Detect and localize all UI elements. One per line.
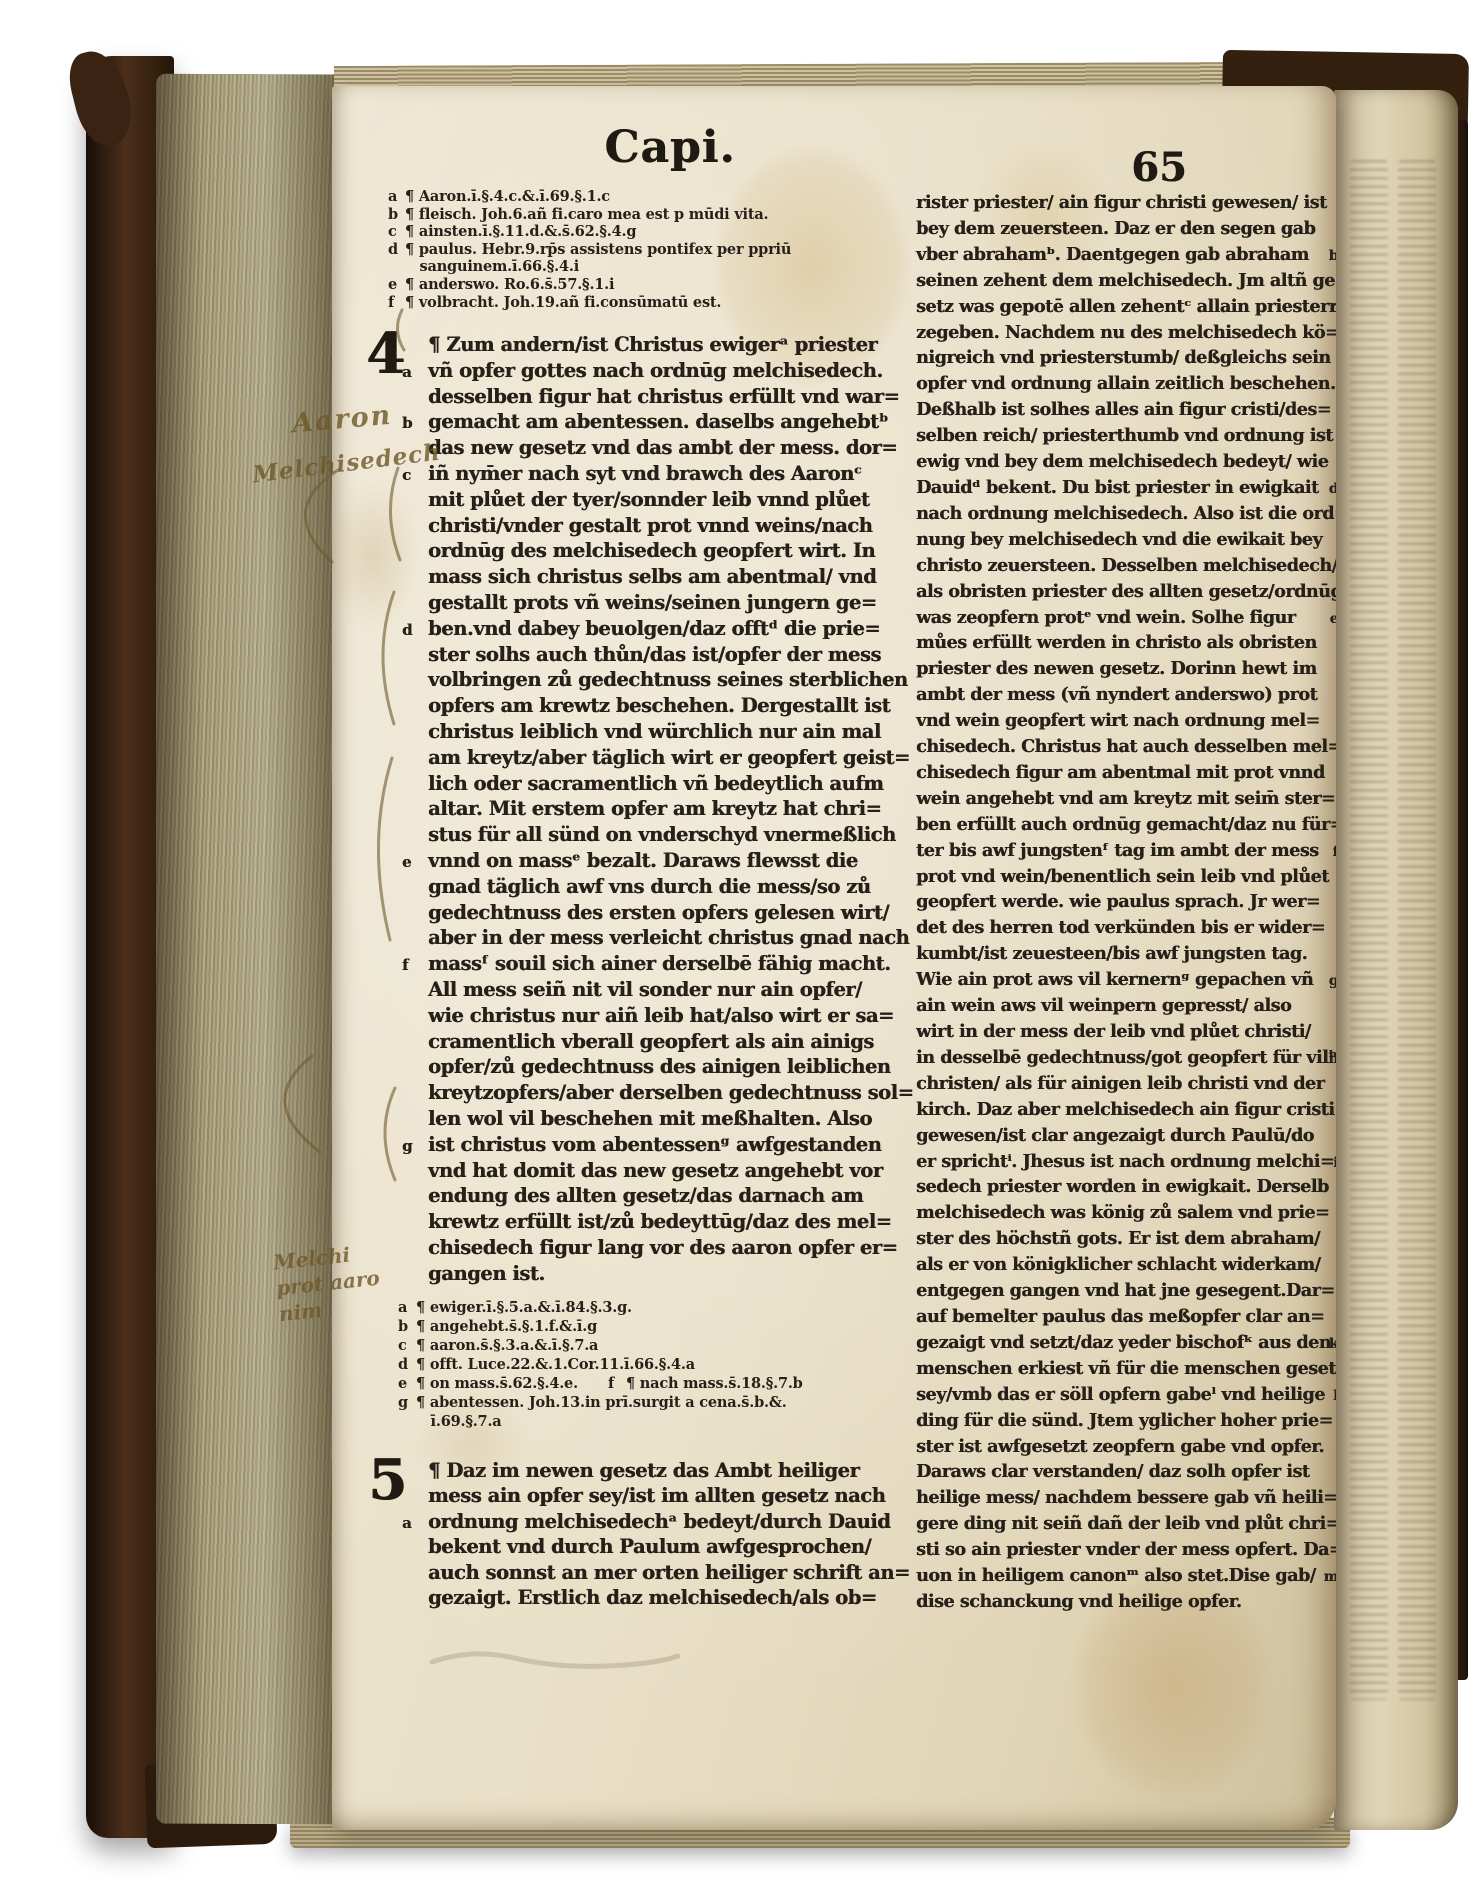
reference-note-line: e¶ anderswo. Ro.6.s̄.57.§.1.i: [388, 276, 791, 294]
text-line: wie christus nur aiñ leib hat/also wirt …: [428, 1003, 880, 1029]
line-text: melchisedech was könig zů salem vnd prie…: [916, 1202, 1329, 1223]
text-line: desselben figur hat christus erfüllt vnd…: [428, 384, 880, 410]
margin-letter: f: [402, 953, 408, 979]
note-text: sanguinem.ī.66.§.4.i: [405, 258, 579, 275]
text-line: wein angehebt vnd am kreytz mit seim̄ st…: [916, 786, 1320, 812]
line-text: setz was gepotē allen zehentᶜ allain pri…: [916, 296, 1336, 317]
line-text: ben.vnd dabey beuolgen/daz offtᵈ die pri…: [428, 617, 880, 640]
line-text: uon in heiligem canonᵐ also stet.Dise ga…: [916, 1565, 1316, 1586]
line-text: entgegen gangen vnd hat jne gesegent.Dar…: [916, 1280, 1335, 1301]
footnote-line: c¶ aaron.s̄.§.3.a.&.ī.§.7.a: [398, 1336, 835, 1355]
text-line: ciñ nym̄er nach syt vnd brawch des Aaron…: [428, 461, 880, 487]
text-line: rister priester/ ain figur christi gewes…: [916, 190, 1320, 216]
text-line: wirt in der mess der leib vnd plůet chri…: [916, 1019, 1320, 1045]
footnote-letter: b: [398, 1317, 416, 1336]
text-line: er sprichtⁱ. Jhesus ist nach ordnung mel…: [916, 1149, 1320, 1175]
text-line: Wie ain prot aws vil kernernᵍ gepachen v…: [916, 967, 1320, 993]
text-line: selben reich/ priesterthumb vnd ordnung …: [916, 423, 1320, 449]
margin-letter: f: [1332, 840, 1336, 866]
line-text: ordnūg des melchisedech geopfert wirt. I…: [428, 539, 875, 562]
text-line: als obristen priester des allten gesetz/…: [916, 579, 1320, 605]
text-line: sedech priester worden in ewigkait. Ders…: [916, 1174, 1320, 1200]
line-text: mess ain opfer sey/ist im allten gesetz …: [428, 1484, 885, 1507]
text-line: in desselbē gedechtnuss/got geopfert für…: [916, 1045, 1320, 1071]
line-text: ain wein aws vil weinpern gepresst/ also: [916, 995, 1291, 1016]
text-line: ordnūg des melchisedech geopfert wirt. I…: [428, 538, 880, 564]
line-text: gemacht am abentessen. daselbs angehebtᵇ: [428, 410, 888, 433]
line-text: ben erfüllt auch ordnūg gemacht/daz nu f…: [916, 814, 1336, 835]
line-text: endung des allten gesetz/das darnach am: [428, 1184, 863, 1207]
line-text: geopfert werde. wie paulus sprach. Jr we…: [916, 891, 1320, 912]
text-line: seinen zehent dem melchisedech. Jm altñ …: [916, 268, 1320, 294]
footnote-line: g¶ abentessen. Joh.13.in prī.surgit a ce…: [398, 1393, 835, 1412]
margin-letter: a: [402, 1511, 411, 1536]
line-text: massᶠ souil sich ainer derselbē fähig ma…: [428, 952, 890, 975]
line-text: gezaigt. Erstlich daz melchisedech/als o…: [428, 1586, 877, 1609]
line-text: chisedech figur lang vor des aaron opfer…: [428, 1236, 897, 1259]
text-line: als er von königklicher schlacht widerka…: [916, 1252, 1320, 1278]
text-line: endung des allten gesetz/das darnach am: [428, 1183, 880, 1209]
note-letter: a: [388, 188, 405, 206]
text-line: kumbt/ist zeuesteen/bis awf jungsten tag…: [916, 941, 1320, 967]
text-line: ¶ Daz im newen gesetz das Ambt heiliger: [428, 1458, 880, 1483]
line-text: mass sich christus selbs am abentmal/ vn…: [428, 565, 876, 588]
note-letter: f: [388, 294, 405, 312]
text-line: kirch. Daz aber melchisedech ain figur c…: [916, 1097, 1320, 1123]
line-text: Wie ain prot aws vil kernernᵍ gepachen v…: [916, 969, 1313, 990]
line-text: vnd wein geopfert wirt nach ordnung mel=: [916, 710, 1320, 731]
note-letter: e: [388, 276, 405, 294]
line-text: ordnung melchisedechᵃ bedeyt/durch Dauid: [428, 1510, 890, 1533]
footnote-text: ī.69.§.7.a: [416, 1413, 502, 1430]
text-line: gist christus vom abentessenᵍ awfgestand…: [428, 1132, 880, 1158]
text-line: chisedech. Christus hat auch desselben m…: [916, 734, 1320, 760]
facing-page-blurred-text: [1350, 160, 1388, 1700]
line-text: chisedech figur am abentmal mit prot vnn…: [916, 762, 1325, 783]
text-line: vnd wein geopfert wirt nach ordnung mel=: [916, 708, 1320, 734]
text-line: aordnung melchisedechᵃ bedeyt/durch Daui…: [428, 1509, 880, 1534]
line-text: zegeben. Nachdem nu des melchisedech kö=: [916, 322, 1336, 343]
text-line: ter bis awf jungstenᶠ tag im ambt der me…: [916, 838, 1320, 864]
line-text: gedechtnuss des ersten opfers gelesen wi…: [428, 901, 889, 924]
text-line: ding für die sünd. Jtem yglicher hoher p…: [916, 1408, 1320, 1434]
line-text: mit plůet der tyer/sonnder leib vnnd plů…: [428, 488, 869, 511]
text-line: Dauidᵈ bekent. Du bist priester in ewigk…: [916, 475, 1320, 501]
text-line: was zeopfern protᵉ vnd wein. Solhe figur…: [916, 605, 1320, 631]
note-letter: c: [388, 223, 405, 241]
note-text: ¶ Aaron.ī.§.4.c.&.ī.69.§.1.c: [405, 188, 610, 205]
text-line: christo zeuersteen. Desselben melchisede…: [916, 553, 1320, 579]
text-line: am kreytz/aber täglich wirt er geopfert …: [428, 745, 880, 771]
line-text: prot vnd wein/benentlich sein leib vnd p…: [916, 866, 1329, 887]
left-column-section-4: ¶ Zum andern/ist Christus ewigerᵃ priest…: [428, 332, 880, 1286]
text-line: opfer vnd ordnung allain zeitlich besche…: [916, 371, 1320, 397]
line-text: auch sonnst an mer orten heiliger schrif…: [428, 1561, 910, 1584]
text-line: ain wein aws vil weinpern gepresst/ also: [916, 993, 1320, 1019]
footnote-line: a¶ ewiger.ī.§.5.a.&.ī.84.§.3.g.: [398, 1298, 835, 1317]
footnote-letter: c: [398, 1336, 416, 1355]
line-text: kreytzopfers/aber derselben gedechtnuss …: [428, 1081, 913, 1104]
line-text: menschen erkiest vñ für die menschen ges…: [916, 1358, 1336, 1379]
line-text: als er von königklicher schlacht widerka…: [916, 1254, 1320, 1275]
section-number-5: 5: [368, 1452, 407, 1508]
line-text: nung bey melchisedech vnd die ewikait be…: [916, 529, 1322, 550]
text-line: melchisedech was könig zů salem vnd prie…: [916, 1200, 1320, 1226]
reference-note-line: a¶ Aaron.ī.§.4.c.&.ī.69.§.1.c: [388, 188, 791, 206]
text-line: nung bey melchisedech vnd die ewikait be…: [916, 527, 1320, 553]
text-line: zegeben. Nachdem nu des melchisedech kö=: [916, 320, 1320, 346]
margin-letter: h: [1328, 1047, 1336, 1073]
text-line: setz was gepotē allen zehentᶜ allain pri…: [916, 294, 1320, 320]
margin-letter: k: [1329, 1332, 1336, 1358]
text-line: menschen erkiest vñ für die menschen ges…: [916, 1356, 1320, 1382]
line-text: gnad täglich awf vns durch die mess/so z…: [428, 875, 871, 898]
footnote-text: ¶ abentessen. Joh.13.in prī.surgit a cen…: [416, 1394, 787, 1411]
text-line: můes erfüllt werden in christo als obris…: [916, 630, 1320, 656]
text-line: christus leiblich vnd würchlich nur ain …: [428, 719, 880, 745]
line-text: gangen ist.: [428, 1262, 545, 1285]
margin-letter: e: [402, 850, 411, 876]
margin-letter: a: [402, 360, 411, 386]
line-text: kirch. Daz aber melchisedech ain figur c…: [916, 1099, 1335, 1120]
text-line: kreytzopfers/aber derselben gedechtnuss …: [428, 1080, 880, 1106]
text-line: dben.vnd dabey beuolgen/daz offtᵈ die pr…: [428, 616, 880, 642]
text-line: nigreich vnd priesterstumb/ deßgleichs s…: [916, 345, 1320, 371]
reference-note-line: f¶ volbracht. Joh.19.añ fi.consūmatū est…: [388, 294, 791, 312]
footnote-letter: a: [398, 1298, 416, 1317]
book-page: Capi. 65 a¶ Aaron.ī.§.4.c.&.ī.69.§.1.c b…: [332, 86, 1336, 1830]
text-line: mit plůet der tyer/sonnder leib vnnd plů…: [428, 487, 880, 513]
text-line: christen/ als für ainigen leib christi v…: [916, 1071, 1320, 1097]
line-text: ist christus vom abentessenᵍ awfgestande…: [428, 1133, 881, 1156]
line-text: am kreytz/aber täglich wirt er geopfert …: [428, 746, 910, 769]
footnote-line: b¶ angehebt.s̄.§.1.f.&.ī.g: [398, 1317, 835, 1336]
line-text: ter bis awf jungstenᶠ tag im ambt der me…: [916, 840, 1319, 861]
line-text: nach ordnung melchisedech. Also ist die …: [916, 503, 1336, 524]
margin-letter: d: [1329, 477, 1336, 503]
footnote-letter: d: [398, 1355, 416, 1374]
footnote-text: ¶ nach mass.s̄.18.§.7.b: [626, 1375, 803, 1392]
text-line: bekent vnd durch Paulum awfgesprochen/: [428, 1534, 880, 1559]
footnote-letter: f: [608, 1374, 626, 1393]
line-text: rister priester/ ain figur christi gewes…: [916, 192, 1327, 213]
text-line: priester des newen gesetz. Dorinn hewt i…: [916, 656, 1320, 682]
text-line: mess ain opfer sey/ist im allten gesetz …: [428, 1483, 880, 1508]
text-line: chisedech figur lang vor des aaron opfer…: [428, 1235, 880, 1261]
text-line: gnad täglich awf vns durch die mess/so z…: [428, 874, 880, 900]
left-column-section-5: ¶ Daz im newen gesetz das Ambt heiliger …: [428, 1458, 880, 1610]
text-line: ¶ Zum andern/ist Christus ewigerᵃ priest…: [428, 332, 880, 358]
margin-letter: m: [1324, 1565, 1336, 1591]
footnote-text: ¶ on mass.s̄.62.§.4.e.: [416, 1375, 578, 1392]
margin-letter: b: [402, 411, 412, 437]
text-line: krewtz erfüllt ist/zů bedeyttūg/daz des …: [428, 1209, 880, 1235]
margin-letter: i: [1333, 1151, 1336, 1177]
text-line: stus für all sünd on vnderschyd vnermeßl…: [428, 822, 880, 848]
note-text: ¶ ainsten.ī.§.11.d.&.s̄.62.§.4.g: [405, 223, 636, 240]
line-text: wirt in der mess der leib vnd plůet chri…: [916, 1021, 1311, 1042]
line-text: sedech priester worden in ewigkait. Ders…: [916, 1176, 1329, 1197]
text-line: auf bemelter paulus das meßopfer clar an…: [916, 1304, 1320, 1330]
footnote-text: ¶ ewiger.ī.§.5.a.&.ī.84.§.3.g.: [416, 1299, 632, 1316]
footnote-letter: g: [398, 1393, 416, 1412]
page-stain: [332, 446, 442, 666]
line-text: sey/vmb das er söll opfern gabeˡ vnd hei…: [916, 1384, 1325, 1405]
line-text: priester des newen gesetz. Dorinn hewt i…: [916, 658, 1317, 679]
text-line: vnd hat domit das new gesetz angehebt vo…: [428, 1158, 880, 1184]
book-photo: Capi. 65 a¶ Aaron.ī.§.4.c.&.ī.69.§.1.c b…: [0, 0, 1481, 1890]
note-text: ¶ fleisch. Joh.6.añ fi.caro mea est p mū…: [405, 206, 768, 223]
text-line: Daraws clar verstanden/ daz solh opfer i…: [916, 1459, 1320, 1485]
line-text: můes erfüllt werden in christo als obris…: [916, 632, 1317, 653]
line-text: ster ist awfgesetzt zeopfern gabe vnd op…: [916, 1436, 1324, 1457]
line-text: ster des höchstñ gots. Er ist dem abraha…: [916, 1228, 1320, 1249]
line-text: gestallt prots vñ weins/seinen jungern g…: [428, 591, 877, 614]
line-text: opfer/zů gedechtnuss des ainigen leiblic…: [428, 1055, 891, 1078]
text-line: uon in heiligem canonᵐ also stet.Dise ga…: [916, 1563, 1320, 1589]
line-text: cramentlich vberall geopfert als ain ain…: [428, 1030, 874, 1053]
line-text: heilige mess/ nachdem bessere gab vñ hei…: [916, 1487, 1336, 1508]
line-text: bey dem zeuersteen. Daz er den segen gab: [916, 218, 1315, 239]
text-line: aber in der mess verleicht christus gnad…: [428, 925, 880, 951]
text-line: gangen ist.: [428, 1261, 880, 1287]
top-reference-notes: a¶ Aaron.ī.§.4.c.&.ī.69.§.1.c b¶ fleisch…: [388, 188, 791, 311]
line-text: vñ opfer gottes nach ordnūg melchisedech…: [428, 359, 883, 382]
text-line: det des herren tod verkünden bis er wide…: [916, 915, 1320, 941]
text-line: sti so ain priester vnder der mess opfer…: [916, 1537, 1320, 1563]
line-text: dise schanckung vnd heilige opfer.: [916, 1591, 1241, 1612]
line-text: das new gesetz vnd das ambt der mess. do…: [428, 436, 897, 459]
margin-letter: c: [1330, 296, 1336, 322]
facing-page: [1334, 90, 1458, 1830]
text-line: cramentlich vberall geopfert als ain ain…: [428, 1029, 880, 1055]
footnote-text: ¶ offt. Luce.22.&.1.Cor.11.ī.66.§.4.a: [416, 1356, 695, 1373]
text-line: lich oder sacramentlich vñ bedeytlich au…: [428, 771, 880, 797]
text-line: vber abrahamᵇ. Daentgegen gab abrahamb: [916, 242, 1320, 268]
margin-letter: l: [1333, 1384, 1336, 1410]
line-text: len wol vil beschehen mit meßhalten. Als…: [428, 1107, 872, 1130]
line-text: bekent vnd durch Paulum awfgesprochen/: [428, 1535, 871, 1558]
running-title: Capi.: [570, 122, 770, 173]
text-line: gere ding nit seiñ dañ der leib vnd plůt…: [916, 1511, 1320, 1537]
text-line: ewig vnd bey dem melchisedech bedeyt/ wi…: [916, 449, 1320, 475]
line-text: Dauidᵈ bekent. Du bist priester in ewigk…: [916, 477, 1319, 498]
line-text: desselben figur hat christus erfüllt vnd…: [428, 385, 899, 408]
facing-page-blurred-text: [1398, 160, 1436, 1700]
line-text: ster solhs auch thůn/das ist/opfer der m…: [428, 643, 881, 666]
line-text: stus für all sünd on vnderschyd vnermeßl…: [428, 823, 896, 846]
text-line: bey dem zeuersteen. Daz er den segen gab: [916, 216, 1320, 242]
section-number-4: 4: [366, 326, 405, 382]
line-text: nigreich vnd priesterstumb/ deßgleichs s…: [916, 347, 1331, 368]
text-line: opfers am krewtz beschehen. Dergestallt …: [428, 693, 880, 719]
line-text: vnnd on massᵉ bezalt. Daraws flewsst die: [428, 849, 858, 872]
line-text: ¶ Zum andern/ist Christus ewigerᵃ priest…: [428, 333, 877, 356]
line-text: lich oder sacramentlich vñ bedeytlich au…: [428, 772, 883, 795]
text-line: ster solhs auch thůn/das ist/opfer der m…: [428, 642, 880, 668]
line-text: krewtz erfüllt ist/zů bedeyttūg/daz des …: [428, 1210, 892, 1233]
text-line: nach ordnung melchisedech. Also ist die …: [916, 501, 1320, 527]
line-text: vnd hat domit das new gesetz angehebt vo…: [428, 1159, 883, 1182]
note-text: ¶ anderswo. Ro.6.s̄.57.§.1.i: [405, 276, 614, 293]
line-text: opfer vnd ordnung allain zeitlich besche…: [916, 373, 1336, 394]
line-text: det des herren tod verkünden bis er wide…: [916, 917, 1325, 938]
line-text: ¶ Daz im newen gesetz das Ambt heiliger: [428, 1459, 859, 1482]
line-text: chisedech. Christus hat auch desselben m…: [916, 736, 1336, 757]
handwritten-note-melchi: Melchi prot aaro nim: [272, 1239, 383, 1327]
text-line: ster des höchstñ gots. Er ist dem abraha…: [916, 1226, 1320, 1252]
line-text: All mess seiñ nit vil sonder nur ain opf…: [428, 978, 862, 1001]
line-text: christen/ als für ainigen leib christi v…: [916, 1073, 1324, 1094]
text-line: avñ opfer gottes nach ordnūg melchisedec…: [428, 358, 880, 384]
line-text: selben reich/ priesterthumb vnd ordnung …: [916, 425, 1333, 446]
margin-letter: e: [1330, 607, 1336, 633]
margin-letter: b: [1329, 244, 1336, 270]
note-text: ¶ paulus. Hebr.9.rp̄s assistens pontifex…: [405, 241, 791, 258]
reference-note-line: sanguinem.ī.66.§.4.i: [388, 258, 791, 276]
text-line: fmassᶠ souil sich ainer derselbē fähig m…: [428, 951, 880, 977]
text-line: bgemacht am abentessen. daselbs angehebt…: [428, 409, 880, 435]
fore-edge-page-stack: [156, 74, 338, 1825]
text-line: geopfert werde. wie paulus sprach. Jr we…: [916, 889, 1320, 915]
reference-note-line: b¶ fleisch. Joh.6.añ fi.caro mea est p m…: [388, 206, 791, 224]
text-line: ambt der mess (vñ nyndert anderswo) prot: [916, 682, 1320, 708]
note-letter: d: [388, 241, 405, 259]
text-line: ster ist awfgesetzt zeopfern gabe vnd op…: [916, 1434, 1320, 1460]
line-text: ding für die sünd. Jtem yglicher hoher p…: [916, 1410, 1333, 1431]
line-text: christus leiblich vnd würchlich nur ain …: [428, 720, 881, 743]
line-text: ewig vnd bey dem melchisedech bedeyt/ wi…: [916, 451, 1328, 472]
text-line: christi/vnder gestalt prot vnnd weins/na…: [428, 513, 880, 539]
margin-letter: g: [1329, 969, 1336, 995]
text-line: opfer/zů gedechtnuss des ainigen leiblic…: [428, 1054, 880, 1080]
footnote-text: ¶ angehebt.s̄.§.1.f.&.ī.g: [416, 1318, 597, 1335]
text-line: altar. Mit erstem opfer am kreytz hat ch…: [428, 796, 880, 822]
line-text: Daraws clar verstanden/ daz solh opfer i…: [916, 1461, 1309, 1482]
footnote-line: d¶ offt. Luce.22.&.1.Cor.11.ī.66.§.4.a: [398, 1355, 835, 1374]
line-text: wie christus nur aiñ leib hat/also wirt …: [428, 1004, 894, 1027]
line-text: gewesen/ist clar angezaigt durch Paulū/d…: [916, 1125, 1314, 1146]
text-line: evnnd on massᵉ bezalt. Daraws flewsst di…: [428, 848, 880, 874]
reference-note-line: d¶ paulus. Hebr.9.rp̄s assistens pontife…: [388, 241, 791, 259]
footnote-line: ī.69.§.7.a: [398, 1412, 835, 1431]
line-text: christo zeuersteen. Desselben melchisede…: [916, 555, 1336, 576]
line-text: wein angehebt vnd am kreytz mit seim̄ st…: [916, 788, 1335, 809]
text-line: sey/vmb das er söll opfern gabeˡ vnd hei…: [916, 1382, 1320, 1408]
line-text: ambt der mess (vñ nyndert anderswo) prot: [916, 684, 1317, 705]
right-column: rister priester/ ain figur christi gewes…: [916, 190, 1320, 1615]
line-text: gezaigt vnd setzt/daz yeder bischofᵏ aus…: [916, 1332, 1331, 1353]
line-text: Deßhalb ist solhes alles ain figur crist…: [916, 399, 1331, 420]
reference-note-line: c¶ ainsten.ī.§.11.d.&.s̄.62.§.4.g: [388, 223, 791, 241]
footnote-letter: e: [398, 1374, 416, 1393]
text-line: Deßhalb ist solhes alles ain figur crist…: [916, 397, 1320, 423]
text-line: auch sonnst an mer orten heiliger schrif…: [428, 1560, 880, 1585]
margin-letter: d: [402, 618, 412, 644]
text-line: prot vnd wein/benentlich sein leib vnd p…: [916, 864, 1320, 890]
line-text: als obristen priester des allten gesetz/…: [916, 581, 1336, 602]
line-text: iñ nym̄er nach syt vnd brawch des Aaronᶜ: [428, 462, 862, 485]
line-text: in desselbē gedechtnuss/got geopfert für…: [916, 1047, 1336, 1068]
line-text: sti so ain priester vnder der mess opfer…: [916, 1539, 1336, 1560]
text-line: ben erfüllt auch ordnūg gemacht/daz nu f…: [916, 812, 1320, 838]
line-text: seinen zehent dem melchisedech. Jm altñ …: [916, 270, 1336, 291]
text-line: volbringen zů gedechtnuss seines sterbli…: [428, 667, 880, 693]
line-text: aber in der mess verleicht christus gnad…: [428, 926, 909, 949]
line-text: gere ding nit seiñ dañ der leib vnd plůt…: [916, 1513, 1336, 1534]
line-text: volbringen zů gedechtnuss seines sterbli…: [428, 668, 908, 691]
line-text: altar. Mit erstem opfer am kreytz hat ch…: [428, 797, 881, 820]
text-line: gezaigt. Erstlich daz melchisedech/als o…: [428, 1585, 880, 1610]
text-line: All mess seiñ nit vil sonder nur ain opf…: [428, 977, 880, 1003]
page-number: 65: [1114, 144, 1204, 191]
text-line: gedechtnuss des ersten opfers gelesen wi…: [428, 900, 880, 926]
text-line: len wol vil beschehen mit meßhalten. Als…: [428, 1106, 880, 1132]
section-4-footnotes: a¶ ewiger.ī.§.5.a.&.ī.84.§.3.g. b¶ angeh…: [398, 1298, 835, 1431]
text-line: das new gesetz vnd das ambt der mess. do…: [428, 435, 880, 461]
line-text: er sprichtⁱ. Jhesus ist nach ordnung mel…: [916, 1151, 1334, 1172]
text-line: entgegen gangen vnd hat jne gesegent.Dar…: [916, 1278, 1320, 1304]
note-text: ¶ volbracht. Joh.19.añ fi.consūmatū est.: [405, 294, 721, 311]
footnote-text: ¶ aaron.s̄.§.3.a.&.ī.§.7.a: [416, 1337, 598, 1354]
line-text: was zeopfern protᵉ vnd wein. Solhe figur: [916, 607, 1295, 628]
text-line: heilige mess/ nachdem bessere gab vñ hei…: [916, 1485, 1320, 1511]
text-line: gewesen/ist clar angezaigt durch Paulū/d…: [916, 1123, 1320, 1149]
line-text: kumbt/ist zeuesteen/bis awf jungsten tag…: [916, 943, 1307, 964]
text-line: gestallt prots vñ weins/seinen jungern g…: [428, 590, 880, 616]
line-text: opfers am krewtz beschehen. Dergestallt …: [428, 694, 890, 717]
note-letter: b: [388, 206, 405, 224]
text-line: gezaigt vnd setzt/daz yeder bischofᵏ aus…: [916, 1330, 1320, 1356]
line-text: christi/vnder gestalt prot vnnd weins/na…: [428, 514, 872, 537]
margin-letter: g: [402, 1134, 412, 1160]
footnote-line: e¶ on mass.s̄.62.§.4.e.f¶ nach mass.s̄.1…: [398, 1374, 835, 1393]
line-text: auf bemelter paulus das meßopfer clar an…: [916, 1306, 1324, 1327]
line-text: vber abrahamᵇ. Daentgegen gab abraham: [916, 244, 1309, 265]
text-line: chisedech figur am abentmal mit prot vnn…: [916, 760, 1320, 786]
text-line: mass sich christus selbs am abentmal/ vn…: [428, 564, 880, 590]
text-line: dise schanckung vnd heilige opfer.: [916, 1589, 1320, 1615]
